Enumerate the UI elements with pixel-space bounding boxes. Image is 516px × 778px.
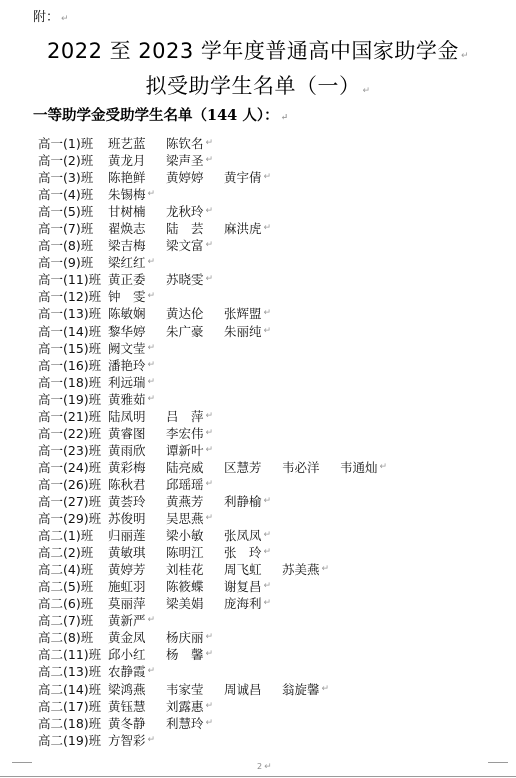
student-name: 张辉盟 [224,305,262,322]
class-label: 高二(17)班 [38,698,108,715]
list-item: 高一(14)班黎华婷朱广豪朱丽纯↵ [38,323,387,340]
student-name: 韦通灿 [340,459,378,476]
list-item: 高一(13)班陈敏娴黄达伦张辉盟↵ [38,305,387,322]
appendix-label: 附：↵ [33,6,69,25]
list-item: 高一(22)班黄睿图李宏伟↵ [38,425,387,442]
student-name: 利静榆 [224,493,262,510]
student-name: 谢复昌 [224,578,262,595]
class-label: 高一(2)班 [38,152,108,169]
paragraph-mark-icon: ↵ [264,169,272,186]
page-bottom-edge [0,776,516,777]
paragraph-mark-icon: ↵ [206,715,214,732]
class-label: 高二(19)班 [38,732,108,749]
student-name: 梁鸿燕 [108,681,166,698]
paragraph-mark-icon: ↵ [322,561,330,578]
recipient-list: 高一(1)班班艺蓝陈钦名↵高一(2)班黄龙月梁声圣↵高一(3)班陈艳鲜黄婷婷黄宇… [38,135,387,749]
paragraph-mark-icon: ↵ [206,629,214,646]
student-name: 韦必洋 [282,459,340,476]
student-name: 黄冬静 [108,715,166,732]
page-number: 2↵ [257,762,272,772]
class-label: 高二(2)班 [38,544,108,561]
student-name: 刘露惠 [166,698,204,715]
paragraph-mark-icon: ↵ [281,113,289,123]
student-name: 苏晓雯 [166,271,204,288]
class-label: 高一(14)班 [38,323,108,340]
student-name: 朱丽纯 [224,323,262,340]
page-corner-mark-right [488,762,508,763]
student-name: 阙文莹 [108,340,146,357]
paragraph-mark-icon: ↵ [148,732,156,749]
student-name: 黄新严 [108,612,146,629]
appendix-text: 附： [33,10,59,25]
list-item: 高二(18)班黄冬静利慧玲↵ [38,715,387,732]
list-item: 高二(2)班黄敏琪陈明江张 玲↵ [38,544,387,561]
paragraph-mark-icon: ↵ [264,595,272,612]
page-number-text: 2 [257,762,262,771]
list-item: 高二(19)班方智彩↵ [38,732,387,749]
list-item: 高一(5)班甘树楠龙秋玲↵ [38,203,387,220]
paragraph-mark-icon: ↵ [148,612,156,629]
student-name: 邱瑶瑶 [166,476,204,493]
list-item: 高二(11)班邱小红杨 馨↵ [38,646,387,663]
class-label: 高二(1)班 [38,527,108,544]
paragraph-mark-icon: ↵ [61,14,69,24]
list-item: 高二(7)班黄新严↵ [38,612,387,629]
student-name: 班艺蓝 [108,135,166,152]
class-label: 高一(5)班 [38,203,108,220]
list-item: 高一(29)班苏俊明吴思燕↵ [38,510,387,527]
list-item: 高一(12)班钟 雯↵ [38,288,387,305]
student-name: 陆凤明 [108,408,166,425]
student-name: 杨庆丽 [166,629,204,646]
student-name: 梁小敏 [166,527,224,544]
title-line2-text: 拟受助学生名单（一） [145,74,360,98]
student-name: 区慧芳 [224,459,282,476]
paragraph-mark-icon: ↵ [264,544,272,561]
list-item: 高一(23)班黄雨欣谭新叶↵ [38,442,387,459]
student-name: 利远瑞 [108,374,146,391]
student-name: 黄宇倩 [224,169,262,186]
paragraph-mark-icon: ↵ [206,237,214,254]
student-name: 张凤凤 [224,527,262,544]
student-name: 黄雅茹 [108,391,146,408]
student-name: 麻洪虎 [224,220,262,237]
section-heading-text: 一等助学金受助学生名单（144 人）： [33,107,279,124]
student-name: 黄敏琪 [108,544,166,561]
paragraph-mark-icon: ↵ [206,203,214,220]
paragraph-mark-icon: ↵ [148,391,156,408]
class-label: 高一(12)班 [38,288,108,305]
student-name: 陈明江 [166,544,224,561]
student-name: 吕 萍 [166,408,204,425]
student-name: 陆 芸 [166,220,224,237]
list-item: 高二(8)班黄金凤杨庆丽↵ [38,629,387,646]
paragraph-mark-icon: ↵ [206,476,214,493]
list-item: 高一(15)班阙文莹↵ [38,340,387,357]
paragraph-mark-icon: ↵ [264,762,272,772]
student-name: 吴思燕 [166,510,204,527]
student-name: 谭新叶 [166,442,204,459]
student-name: 苏美燕 [282,561,320,578]
list-item: 高一(19)班黄雅茹↵ [38,391,387,408]
class-label: 高一(23)班 [38,442,108,459]
list-item: 高二(5)班施虹羽陈筱蝶谢复昌↵ [38,578,387,595]
student-name: 施虹羽 [108,578,166,595]
paragraph-mark-icon: ↵ [206,442,214,459]
class-label: 高一(15)班 [38,340,108,357]
class-label: 高二(13)班 [38,663,108,680]
paragraph-mark-icon: ↵ [264,220,272,237]
class-label: 高二(18)班 [38,715,108,732]
paragraph-mark-icon: ↵ [322,681,330,698]
student-name: 黄雨欣 [108,442,166,459]
student-name: 潘艳玲 [108,357,146,374]
student-name: 黄达伦 [166,305,224,322]
class-label: 高一(3)班 [38,169,108,186]
student-name: 陈筱蝶 [166,578,224,595]
list-item: 高一(3)班陈艳鲜黄婷婷黄宇倩↵ [38,169,387,186]
class-label: 高一(11)班 [38,271,108,288]
list-item: 高一(1)班班艺蓝陈钦名↵ [38,135,387,152]
student-name: 朱锡梅 [108,186,146,203]
paragraph-mark-icon: ↵ [206,408,214,425]
paragraph-mark-icon: ↵ [148,288,156,305]
paragraph-mark-icon: ↵ [206,152,214,169]
student-name: 周诚昌 [224,681,282,698]
student-name: 张 玲 [224,544,262,561]
student-name: 梁美娟 [166,595,224,612]
section-heading: 一等助学金受助学生名单（144 人）：↵ [33,104,288,125]
student-name: 梁红红 [108,254,146,271]
list-item: 高一(26)班陈秋君邱瑶瑶↵ [38,476,387,493]
student-name: 莫丽萍 [108,595,166,612]
student-name: 韦家莹 [166,681,224,698]
paragraph-mark-icon: ↵ [264,305,272,322]
document-title-line1: 2022 至 2023 学年度普通高中国家助学金↵ [0,35,516,65]
student-name: 苏俊明 [108,510,166,527]
paragraph-mark-icon: ↵ [264,493,272,510]
class-label: 高二(11)班 [38,646,108,663]
paragraph-mark-icon: ↵ [148,374,156,391]
paragraph-mark-icon: ↵ [264,578,272,595]
paragraph-mark-icon: ↵ [206,135,214,152]
student-name: 陆亮威 [166,459,224,476]
student-name: 黄婷芳 [108,561,166,578]
class-label: 高一(9)班 [38,254,108,271]
list-item: 高二(6)班莫丽萍梁美娟庞海利↵ [38,595,387,612]
paragraph-mark-icon: ↵ [461,51,469,61]
class-label: 高二(7)班 [38,612,108,629]
student-name: 刘桂花 [166,561,224,578]
student-name: 甘树楠 [108,203,166,220]
paragraph-mark-icon: ↵ [206,646,214,663]
student-name: 钟 雯 [108,288,146,305]
list-item: 高二(1)班归丽莲梁小敏张凤凤↵ [38,527,387,544]
paragraph-mark-icon: ↵ [264,323,272,340]
student-name: 陈钦名 [166,135,204,152]
class-label: 高二(8)班 [38,629,108,646]
student-name: 黄彩梅 [108,459,166,476]
student-name: 邱小红 [108,646,166,663]
student-name: 黄睿图 [108,425,166,442]
student-name: 杨 馨 [166,646,204,663]
list-item: 高一(24)班黄彩梅陆亮威区慧芳韦必洋韦通灿↵ [38,459,387,476]
student-name: 利慧玲 [166,715,204,732]
paragraph-mark-icon: ↵ [206,510,214,527]
student-name: 黄婷婷 [166,169,224,186]
student-name: 朱广豪 [166,323,224,340]
paragraph-mark-icon: ↵ [148,663,156,680]
student-name: 黄钰慧 [108,698,166,715]
class-label: 高一(27)班 [38,493,108,510]
class-label: 高一(16)班 [38,357,108,374]
paragraph-mark-icon: ↵ [206,698,214,715]
paragraph-mark-icon: ↵ [206,271,214,288]
student-name: 陈敏娴 [108,305,166,322]
class-label: 高一(8)班 [38,237,108,254]
list-item: 高一(8)班梁吉梅梁文富↵ [38,237,387,254]
student-name: 龙秋玲 [166,203,204,220]
class-label: 高二(14)班 [38,681,108,698]
paragraph-mark-icon: ↵ [148,357,156,374]
class-label: 高二(4)班 [38,561,108,578]
class-label: 高一(4)班 [38,186,108,203]
student-name: 黄正委 [108,271,166,288]
student-name: 黎华婷 [108,323,166,340]
paragraph-mark-icon: ↵ [206,425,214,442]
title-line1-text: 2022 至 2023 学年度普通高中国家助学金 [47,39,459,63]
student-name: 农静霞 [108,663,146,680]
list-item: 高一(11)班黄正委苏晓雯↵ [38,271,387,288]
list-item: 高一(4)班朱锡梅↵ [38,186,387,203]
paragraph-mark-icon: ↵ [264,527,272,544]
student-name: 陈秋君 [108,476,166,493]
list-item: 高一(18)班利远瑞↵ [38,374,387,391]
student-name: 陈艳鲜 [108,169,166,186]
class-label: 高二(5)班 [38,578,108,595]
list-item: 高二(4)班黄婷芳刘桂花周飞虹苏美燕↵ [38,561,387,578]
student-name: 庞海利 [224,595,262,612]
class-label: 高一(26)班 [38,476,108,493]
list-item: 高一(27)班黄荟玲黄燕芳利静榆↵ [38,493,387,510]
class-label: 高一(22)班 [38,425,108,442]
class-label: 高一(13)班 [38,305,108,322]
list-item: 高一(2)班黄龙月梁声圣↵ [38,152,387,169]
list-item: 高二(13)班农静霞↵ [38,663,387,680]
list-item: 高一(7)班翟焕志陆 芸麻洪虎↵ [38,220,387,237]
student-name: 黄燕芳 [166,493,224,510]
class-label: 高一(24)班 [38,459,108,476]
class-label: 高一(1)班 [38,135,108,152]
page-corner-mark-left [12,762,32,763]
student-name: 梁声圣 [166,152,204,169]
list-item: 高二(14)班梁鸿燕韦家莹周诚昌翁旋馨↵ [38,681,387,698]
student-name: 李宏伟 [166,425,204,442]
paragraph-mark-icon: ↵ [148,340,156,357]
student-name: 方智彩 [108,732,146,749]
document-title-line2: 拟受助学生名单（一）↵ [0,70,516,100]
student-name: 梁吉梅 [108,237,166,254]
class-label: 高一(18)班 [38,374,108,391]
student-name: 黄龙月 [108,152,166,169]
list-item: 高二(17)班黄钰慧刘露惠↵ [38,698,387,715]
student-name: 归丽莲 [108,527,166,544]
class-label: 高二(6)班 [38,595,108,612]
paragraph-mark-icon: ↵ [380,459,388,476]
student-name: 梁文富 [166,237,204,254]
list-item: 高一(9)班梁红红↵ [38,254,387,271]
paragraph-mark-icon: ↵ [148,254,156,271]
paragraph-mark-icon: ↵ [362,86,370,96]
student-name: 黄金凤 [108,629,166,646]
student-name: 翟焕志 [108,220,166,237]
student-name: 黄荟玲 [108,493,166,510]
list-item: 高一(16)班潘艳玲↵ [38,357,387,374]
class-label: 高一(19)班 [38,391,108,408]
student-name: 周飞虹 [224,561,282,578]
class-label: 高一(21)班 [38,408,108,425]
class-label: 高一(29)班 [38,510,108,527]
paragraph-mark-icon: ↵ [148,186,156,203]
class-label: 高一(7)班 [38,220,108,237]
student-name: 翁旋馨 [282,681,320,698]
list-item: 高一(21)班陆凤明吕 萍↵ [38,408,387,425]
